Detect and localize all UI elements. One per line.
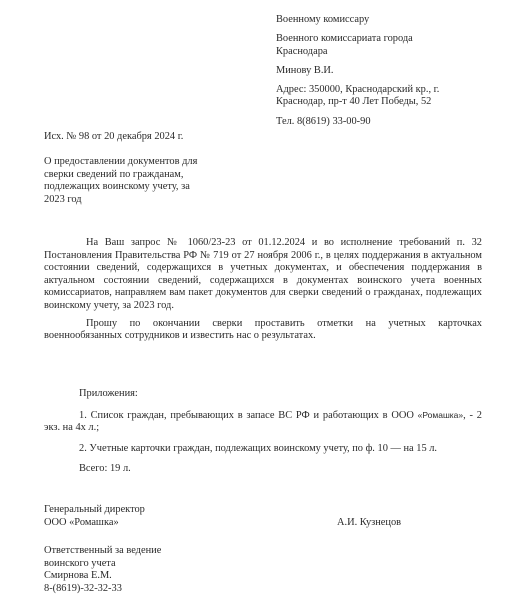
signer-name: А.И. Кузнецов [337,517,401,530]
body-paragraph-ask: Прошу по окончании сверки проставить отм… [44,318,482,343]
addressee-name: Минову В.И. [276,65,506,78]
addressee-organization: Военного комиссариата города Краснодара [276,33,506,58]
attachments-total: Всего: 19 л. [44,463,482,476]
letter-subject: О предоставлении документов для сверки с… [44,156,224,206]
outgoing-number: Исх. № 98 от 20 декабря 2024 г. [44,131,183,144]
attachments-block: Приложения: 1. Список граждан, пребывающ… [44,388,482,484]
signer-title: Генеральный директор [44,504,145,517]
signer-organization: ООО «Ромашка» [44,517,145,530]
responsible-phone: 8-(8619)-32-32-33 [44,583,161,596]
body-paragraph-request: На Ваш запрос № 1060/23-23 от 01.12.2024… [44,237,482,313]
addressee-phone: Тел. 8(8619) 33-00-90 [276,116,506,129]
responsible-person-block: Ответственный за ведение воинского учета… [44,545,161,595]
attachments-heading: Приложения: [44,388,482,401]
addressee-address: Адрес: 350000, Краснодарский кр., г. Кра… [276,84,506,109]
addressee-title: Военному комиссару [276,14,506,27]
letter-body: На Ваш запрос № 1060/23-23 от 01.12.2024… [44,237,482,348]
addressee-block: Военному комиссару Военного комиссариата… [276,14,506,135]
responsible-name: Смирнова Е.М. [44,570,161,583]
signer-block: Генеральный директор ООО «Ромашка» [44,504,145,529]
attachment-item-1: 1. Список граждан, пребывающих в запасе … [44,409,482,435]
attachment-item-2: 2. Учетные карточки граждан, подлежащих … [44,443,482,456]
